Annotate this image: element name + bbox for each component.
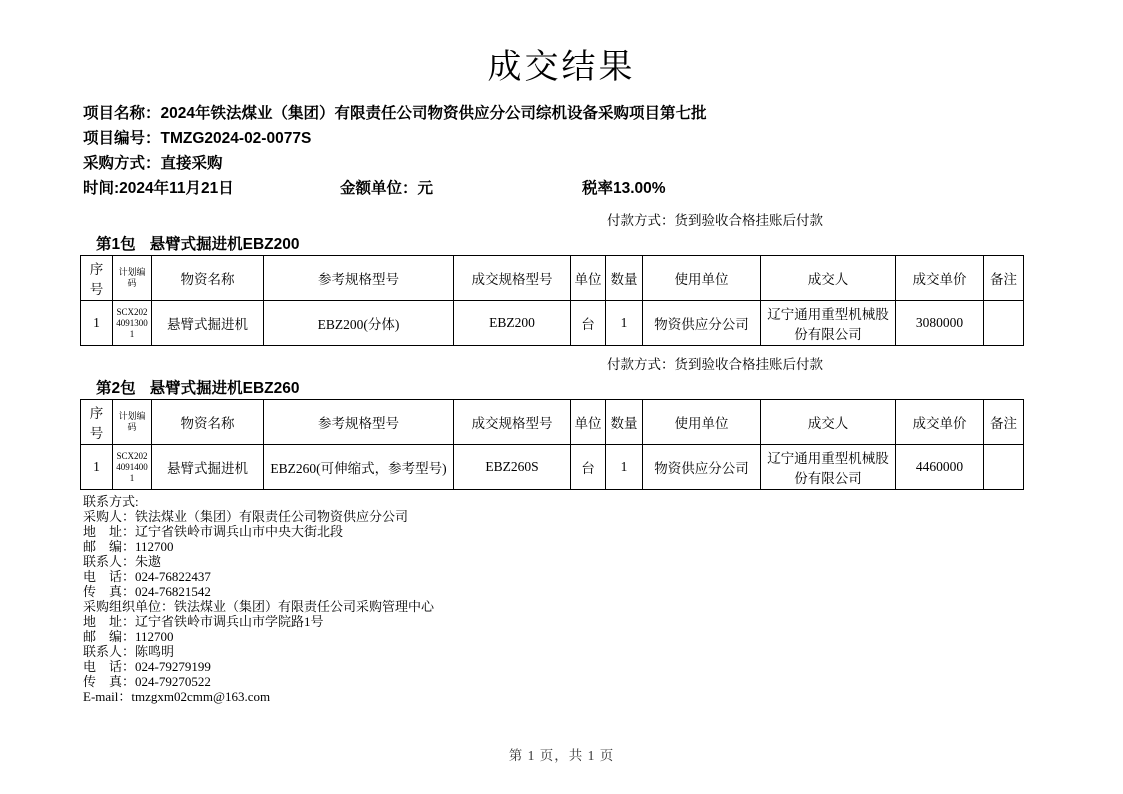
cell-deal-spec: EBZ260S: [454, 445, 571, 490]
cell-quantity: 1: [606, 301, 643, 346]
purchaser-address-line: 地 址：辽宁省铁岭市调兵山市中央大街北段: [83, 524, 1123, 539]
meta-row: 时间:2024年11月21日 金额单位：元 税率13.00%: [83, 176, 1123, 201]
amount-unit-value: 金额单位：元: [340, 176, 582, 201]
project-info-block: 项目名称：2024年铁法煤业（集团）有限责任公司物资供应分公司综机设备采购项目第…: [83, 101, 1123, 201]
purchaser-fax-line: 传 真：024-76821542: [83, 584, 1123, 599]
cell-unit: 台: [571, 301, 606, 346]
header-material-name: 物资名称: [152, 256, 264, 301]
cell-plan-code: SCX20240913001: [113, 301, 152, 346]
package-1-title: 第1包悬臂式掘进机EBZ200: [96, 236, 1123, 253]
table-row: 1 SCX20240913001 悬臂式掘进机 EBZ200(分体) EBZ20…: [81, 301, 1024, 346]
header-unit: 单位: [571, 400, 606, 445]
header-remarks: 备注: [984, 256, 1024, 301]
cell-using-unit: 物资供应分公司: [643, 301, 761, 346]
header-serial-no: 序号: [81, 256, 113, 301]
cell-quantity: 1: [606, 445, 643, 490]
header-using-unit: 使用单位: [643, 400, 761, 445]
purchaser-phone-line: 电 话：024-76822437: [83, 569, 1123, 584]
cell-unit: 台: [571, 445, 606, 490]
cell-winner: 辽宁通用重型机械股份有限公司: [761, 445, 896, 490]
header-reference-spec: 参考规格型号: [264, 256, 454, 301]
cell-reference-spec: EBZ200(分体): [264, 301, 454, 346]
cell-serial-no: 1: [81, 301, 113, 346]
cell-deal-spec: EBZ200: [454, 301, 571, 346]
package-1-number: 第1包: [96, 236, 136, 253]
header-serial-no: 序号: [81, 400, 113, 445]
cell-plan-code: SCX20240914001: [113, 445, 152, 490]
project-number-label: 项目编号：: [83, 130, 161, 147]
cell-remarks: [984, 445, 1024, 490]
cell-unit-price: 4460000: [896, 445, 984, 490]
purchaser-contact-person-line: 联系人：朱遨: [83, 554, 1123, 569]
organizer-fax-line: 传 真：024-79270522: [83, 674, 1123, 689]
organizer-postcode-line: 邮 编：112700: [83, 629, 1123, 644]
table-header-row: 序号 计划编码 物资名称 参考规格型号 成交规格型号 单位 数量 使用单位 成交…: [81, 256, 1024, 301]
project-number-line: 项目编号：TMZG2024-02-0077S: [83, 126, 1123, 151]
package-2-name: 悬臂式掘进机EBZ260: [150, 380, 300, 397]
header-plan-code: 计划编码: [113, 400, 152, 445]
package-1-table: 序号 计划编码 物资名称 参考规格型号 成交规格型号 单位 数量 使用单位 成交…: [80, 255, 1024, 346]
contact-block: 联系方式: 采购人：铁法煤业（集团）有限责任公司物资供应分公司 地 址：辽宁省铁…: [83, 494, 1123, 704]
cell-reference-spec: EBZ260(可伸缩式，参考型号): [264, 445, 454, 490]
contact-heading: 联系方式:: [83, 494, 1123, 509]
procurement-method-label: 采购方式：: [83, 155, 161, 172]
cell-material-name: 悬臂式掘进机: [152, 445, 264, 490]
table-header-row: 序号 计划编码 物资名称 参考规格型号 成交规格型号 单位 数量 使用单位 成交…: [81, 400, 1024, 445]
purchaser-line: 采购人：铁法煤业（集团）有限责任公司物资供应分公司: [83, 509, 1123, 524]
header-winner: 成交人: [761, 400, 896, 445]
organizer-contact-person-line: 联系人：陈鸣明: [83, 644, 1123, 659]
header-quantity: 数量: [606, 256, 643, 301]
package-2-number: 第2包: [96, 380, 136, 397]
header-deal-spec: 成交规格型号: [454, 256, 571, 301]
email-line: E-mail：tmzgxm02cmm@163.com: [83, 689, 1123, 704]
cell-material-name: 悬臂式掘进机: [152, 301, 264, 346]
date-value: 时间:2024年11月21日: [83, 176, 340, 201]
document-page: 成交结果 项目名称：2024年铁法煤业（集团）有限责任公司物资供应分公司综机设备…: [0, 0, 1123, 794]
header-unit: 单位: [571, 256, 606, 301]
cell-using-unit: 物资供应分公司: [643, 445, 761, 490]
header-using-unit: 使用单位: [643, 256, 761, 301]
procurement-method-line: 采购方式：直接采购: [83, 151, 1123, 176]
page-title: 成交结果: [0, 0, 1123, 86]
package-1-name: 悬臂式掘进机EBZ200: [150, 236, 300, 253]
page-number-footer: 第 1 页，共 1 页: [0, 744, 1123, 764]
purchaser-postcode-line: 邮 编：112700: [83, 539, 1123, 554]
project-name-line: 项目名称：2024年铁法煤业（集团）有限责任公司物资供应分公司综机设备采购项目第…: [83, 101, 1123, 126]
payment-method-line-1: 付款方式：货到验收合格挂账后付款: [607, 213, 1123, 228]
package-2-title: 第2包悬臂式掘进机EBZ260: [96, 380, 1123, 397]
header-quantity: 数量: [606, 400, 643, 445]
cell-unit-price: 3080000: [896, 301, 984, 346]
project-name-value: 2024年铁法煤业（集团）有限责任公司物资供应分公司综机设备采购项目第七批: [161, 105, 707, 122]
tax-rate-value: 税率13.00%: [582, 176, 666, 201]
cell-remarks: [984, 301, 1024, 346]
header-reference-spec: 参考规格型号: [264, 400, 454, 445]
header-unit-price: 成交单价: [896, 400, 984, 445]
header-deal-spec: 成交规格型号: [454, 400, 571, 445]
header-plan-code: 计划编码: [113, 256, 152, 301]
organizer-address-line: 地 址：辽宁省铁岭市调兵山市学院路1号: [83, 614, 1123, 629]
procurement-method-value: 直接采购: [161, 155, 223, 172]
cell-serial-no: 1: [81, 445, 113, 490]
project-name-label: 项目名称：: [83, 105, 161, 122]
project-number-value: TMZG2024-02-0077S: [161, 130, 312, 147]
header-material-name: 物资名称: [152, 400, 264, 445]
cell-winner: 辽宁通用重型机械股份有限公司: [761, 301, 896, 346]
payment-method-line-2: 付款方式：货到验收合格挂账后付款: [607, 357, 1123, 372]
organizer-line: 采购组织单位：铁法煤业（集团）有限责任公司采购管理中心: [83, 599, 1123, 614]
header-unit-price: 成交单价: [896, 256, 984, 301]
header-winner: 成交人: [761, 256, 896, 301]
table-row: 1 SCX20240914001 悬臂式掘进机 EBZ260(可伸缩式，参考型号…: [81, 445, 1024, 490]
package-2-table: 序号 计划编码 物资名称 参考规格型号 成交规格型号 单位 数量 使用单位 成交…: [80, 399, 1024, 490]
organizer-phone-line: 电 话：024-79279199: [83, 659, 1123, 674]
header-remarks: 备注: [984, 400, 1024, 445]
